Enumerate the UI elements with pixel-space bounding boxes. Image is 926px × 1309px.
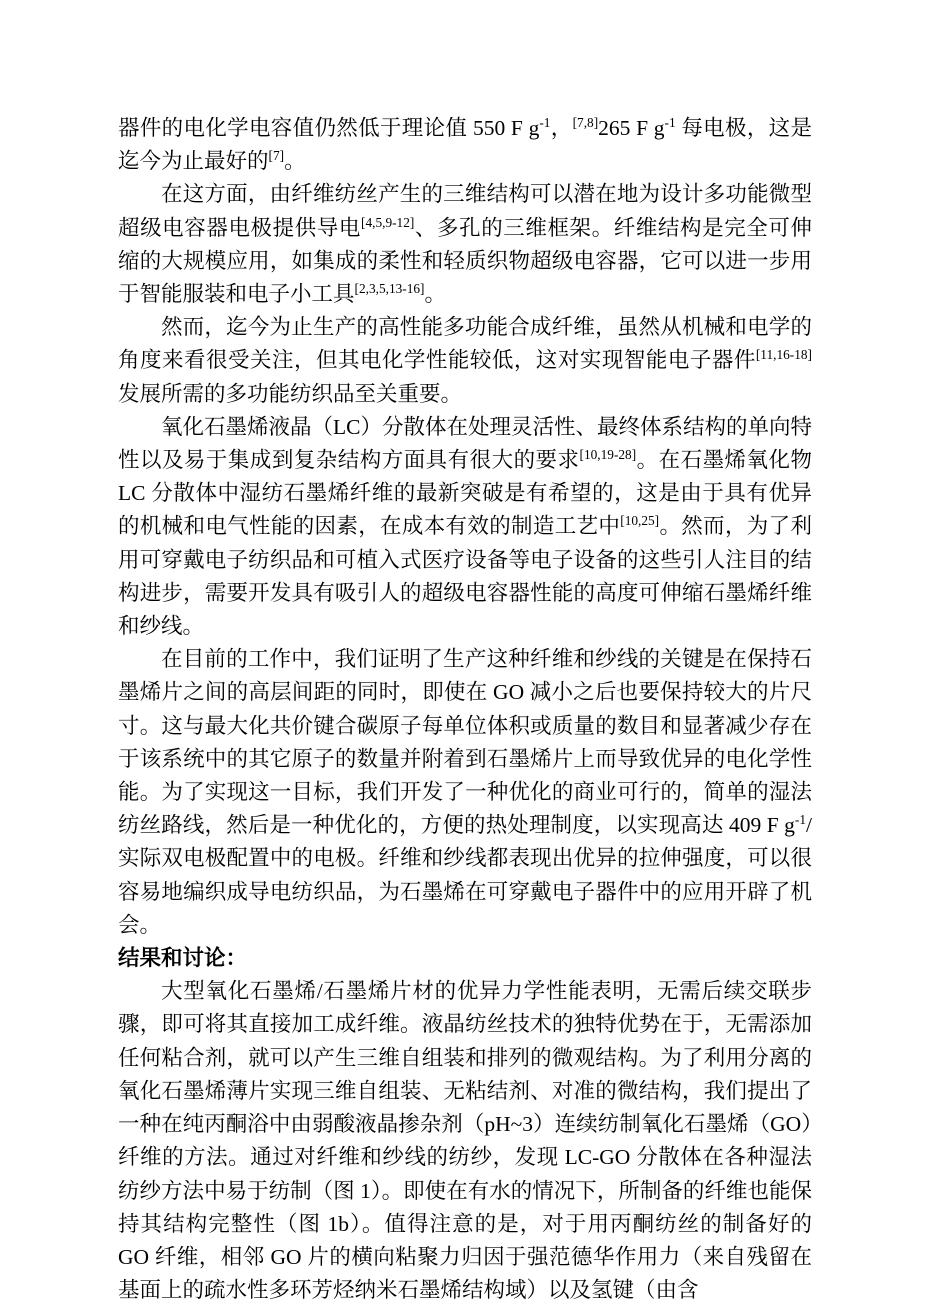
citation-superscript: [7]: [269, 148, 285, 163]
paragraph: 器件的电化学电容值仍然低于理论值 550 F g-1，[7,8]265 F g-…: [118, 112, 812, 178]
text-run: 在目前的工作中，我们证明了生产这种纤维和纱线的关键是在保持石墨烯片之间的高层间距…: [118, 647, 812, 837]
citation-superscript: [2,3,5,13-16]: [355, 281, 425, 296]
text-run: 结果和讨论：: [118, 946, 247, 970]
citation-superscript: [11,16-18]: [756, 347, 812, 362]
citation-superscript: [10,19-28]: [580, 447, 637, 462]
paragraph: 然而，迄今为止生产的高性能多功能合成纤维，虽然从机械和电学的角度来看很受关注，但…: [118, 311, 812, 411]
paragraph: 大型氧化石墨烯/石墨烯片材的优异力学性能表明，无需后续交联步骤，即可将其直接加工…: [118, 975, 812, 1307]
text-run: 。: [284, 149, 306, 173]
text-run: 。: [424, 282, 446, 306]
text-run: 265 F g: [598, 116, 664, 140]
text-run: ，: [550, 116, 572, 140]
citation-superscript: -1: [795, 812, 806, 827]
paragraph: 氧化石墨烯液晶（LC）分散体在处理灵活性、最终体系结构的单向特性以及易于集成到复…: [118, 411, 812, 643]
text-run: 然而，迄今为止生产的高性能多功能合成纤维，虽然从机械和电学的角度来看很受关注，但…: [118, 315, 812, 372]
citation-superscript: [10,25]: [620, 513, 659, 528]
text-run: 发展所需的多功能纺织品至关重要。: [118, 382, 462, 406]
section-heading: 结果和讨论：: [118, 942, 812, 975]
text-run: 器件的电化学电容值仍然低于理论值 550 F g: [118, 116, 539, 140]
citation-superscript: [4,5,9-12]: [361, 214, 414, 229]
paragraph: 在这方面，由纤维纺丝产生的三维结构可以潜在地为设计多功能微型超级电容器电极提供导…: [118, 178, 812, 311]
text-run: 大型氧化石墨烯/石墨烯片材的优异力学性能表明，无需后续交联步骤，即可将其直接加工…: [118, 979, 812, 1302]
document-body: 器件的电化学电容值仍然低于理论值 550 F g-1，[7,8]265 F g-…: [118, 112, 812, 1307]
document-page: 器件的电化学电容值仍然低于理论值 550 F g-1，[7,8]265 F g-…: [0, 0, 926, 1309]
citation-superscript: -1: [665, 115, 676, 130]
paragraph: 在目前的工作中，我们证明了生产这种纤维和纱线的关键是在保持石墨烯片之间的高层间距…: [118, 643, 812, 942]
citation-superscript: [7,8]: [573, 115, 599, 130]
citation-superscript: -1: [539, 115, 550, 130]
